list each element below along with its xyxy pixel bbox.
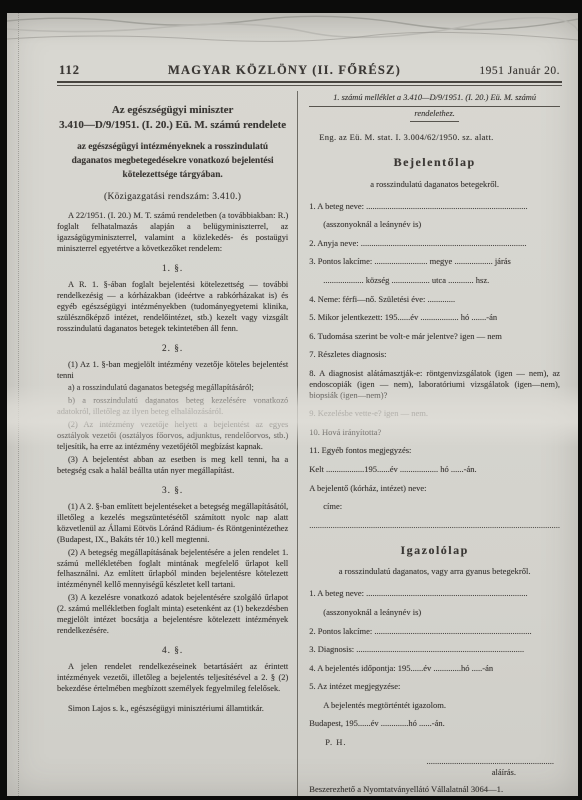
field-patient-name: 1. A beteg neve: .......................… (309, 201, 560, 212)
section-2-paragraph-1: (1) Az 1. §-ban megjelölt intézmény veze… (57, 360, 288, 382)
header-rule (57, 81, 562, 86)
cert-field-address: 2. Pontos lakcíme: .....................… (309, 626, 560, 637)
field-address: 3. Pontos lakcíme: .....................… (309, 256, 560, 267)
field-diagnosis-support: 8. A diagnosist alátámasztják-e: röntgen… (309, 368, 560, 401)
section-2-point-a: a) a rosszindulatú daganatos betegség me… (57, 383, 288, 394)
section-3-paragraph-1: (1) A 2. §-ban említett bejelentéseket a… (57, 502, 288, 546)
signature-label: aláírás. (309, 767, 516, 778)
annex-reference-line2: rendelethez. (410, 109, 458, 122)
field-treatment-taken: 9. Kezelésbe vette-e? igen — nem. (309, 408, 560, 419)
decree-registry-number: (Közigazgatási rendszám: 3.410.) (57, 191, 288, 203)
cert-field-patient-name: 1. A beteg neve: .......................… (309, 588, 560, 599)
section-2-heading: 2. §. (57, 343, 288, 355)
separator-dotted-line: ........................................… (309, 520, 560, 531)
section-3-paragraph-3: (3) A kezelésre vonatkozó adatok bejelen… (57, 593, 288, 637)
field-reporter-name: A bejelentő (kórház, intézet) neve: (309, 483, 560, 494)
scanned-page: 112 MAGYAR KÖZLÖNY (II. FŐRÉSZ) 1951 Jan… (7, 13, 578, 796)
certificate-form-title: Igazolólap (309, 543, 560, 559)
decree-intro: A 22/1951. (I. 20.) M. T. számú rendelet… (57, 211, 288, 255)
decree-number: 3.410—D/9/1951. (I. 20.) Eü. M. számú re… (57, 118, 288, 132)
field-sex-birthyear: 4. Neme: férfi—nő. Születési éve: ......… (309, 294, 560, 305)
field-dated: Kelt ..................195......év .....… (309, 464, 560, 475)
field-detailed-diagnosis: 7. Részletes diagnosis: (309, 349, 560, 360)
section-2-paragraph-3: (3) A bejelentést abban az esetben is me… (57, 455, 288, 477)
decree-subject: az egészségügyi intézményeknek a rosszin… (57, 140, 288, 183)
masthead-title: MAGYAR KÖZLÖNY (II. FŐRÉSZ) (129, 63, 440, 78)
cert-field-institute-remark: 5. Az intézet megjegyzése: (309, 681, 560, 692)
field-other-remarks: 11. Egyéb fontos megjegyzés: (309, 445, 560, 456)
cert-field-diagnosis: 3. Diagnosis: ..........................… (309, 644, 560, 655)
decree-column: Az egészségügyi miniszter 3.410—D/9/1951… (57, 91, 297, 796)
cert-field-confirmation: A bejelentés megtörténtét igazolom. (323, 700, 560, 711)
stamp-placeholder: P. H. (325, 737, 560, 748)
availability-line1: Beszerezhető a Nyomtatványellátó Vállala… (309, 784, 560, 795)
issue-date: 1951 Január 20. (440, 65, 560, 77)
signature-line: Simon Lajos s. k., egészségügyi miniszté… (57, 704, 288, 715)
cert-field-report-date: 4. A bejelentés időpontja: 195......év .… (309, 663, 560, 674)
page-number: 112 (59, 63, 129, 78)
annex-reference-line1: 1. számú melléklet a 3.410—D/9/1951. (I.… (309, 93, 560, 107)
section-2-paragraph-2: (2) Az intézmény vezetője helyett a beje… (57, 420, 288, 453)
signature-dotted-line: ........................................… (309, 756, 554, 767)
field-already-reported: 6. Tudomása szerint be volt-e már jelent… (309, 331, 560, 342)
section-3-heading: 3. §. (57, 485, 288, 497)
section-4-heading: 4. §. (57, 645, 288, 657)
section-3-paragraph-2: (2) A betegség megállapításának bejelent… (57, 548, 288, 592)
report-form-title: Bejelentőlap (309, 155, 560, 171)
decree-issuer: Az egészségügyi miniszter (57, 103, 288, 117)
cert-field-budapest-date: Budapest, 195......év .............hó ..… (309, 718, 560, 729)
field-mother-name: 2. Anyja neve: .........................… (309, 238, 560, 249)
field-address-line2: ................... község .............… (323, 275, 560, 286)
approval-number: Eng. az Eü. M. stat. I. 3.004/62/1950. s… (319, 132, 560, 143)
form-availability-note: Beszerezhető a Nyomtatványellátó Vállala… (309, 784, 560, 796)
section-1-heading: 1. §. (57, 263, 288, 275)
availability-line2: rakt. számon. (331, 795, 560, 796)
field-registration-date: 5. Mikor jelentkezett: 195......év .....… (309, 312, 560, 323)
certificate-form-subtitle: a rosszindulatú daganatos, vagy arra gya… (309, 566, 560, 577)
annex-column: 1. számú melléklet a 3.410—D/9/1951. (I.… (297, 91, 562, 796)
section-4-paragraph: A jelen rendelet rendelkezéseinek betart… (57, 662, 288, 695)
certificate-signature-block: ........................................… (309, 756, 560, 778)
annex-reference: 1. számú melléklet a 3.410—D/9/1951. (I.… (309, 93, 560, 122)
page-header: 112 MAGYAR KÖZLÖNY (II. FŐRÉSZ) 1951 Jan… (57, 63, 562, 81)
field-referred-to: 10. Hová irányította? (309, 427, 560, 438)
cert-field-patient-name-note: (asszonyoknál a leánynév is) (323, 607, 560, 618)
field-patient-name-note: (asszonyoknál a leánynév is) (323, 219, 560, 230)
section-2-point-b: b) a rosszindulatú daganatos beteg kezel… (57, 396, 288, 418)
field-reporter-address: címe: (323, 501, 560, 512)
section-1-paragraph: A R. 1. §-ában foglalt bejelentési kötel… (57, 280, 288, 335)
report-form-subtitle: a rosszindulatú daganatos betegekről. (309, 179, 560, 190)
